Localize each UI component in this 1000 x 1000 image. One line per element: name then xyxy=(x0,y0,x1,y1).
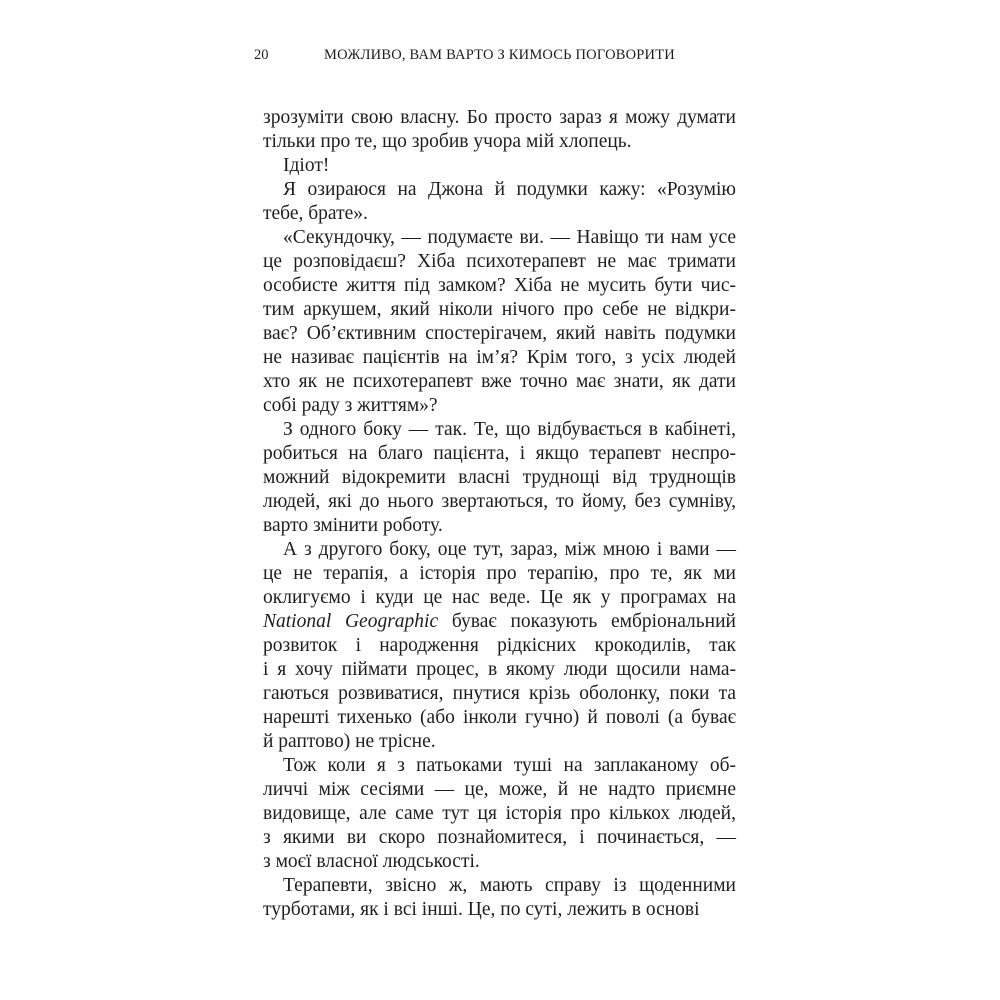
paragraph: «Секундочку, — подумаєте ви. — Навіщо ти… xyxy=(263,226,736,418)
page-number: 20 xyxy=(254,48,269,62)
text-line: з моєї власної людськості. xyxy=(263,850,736,874)
text-line: нарешті тихенько (або інколи гучно) й по… xyxy=(263,706,736,730)
page-body: зрозуміти свою власну. Бо просто зараз я… xyxy=(263,106,736,922)
text-line: личчі між сесіями — це, може, й не надто… xyxy=(263,778,736,802)
text-line: тільки про те, що зробив учора мій хлопе… xyxy=(263,130,736,154)
text-line: варто змінити роботу. xyxy=(263,514,736,538)
paragraph: Терапевти, звісно ж, мають справу із щод… xyxy=(263,874,736,922)
paragraph: Ідіот! xyxy=(263,154,736,178)
text-line: це не терапія, а історія про терапію, пр… xyxy=(263,562,736,586)
book-page: 20 МОЖЛИВО, ВАМ ВАРТО З КИМОСЬ ПОГОВОРИТ… xyxy=(0,0,1000,1000)
paragraph: А з другого боку, оце тут, зараз, між мн… xyxy=(263,538,736,754)
text-line: видовище, але саме тут ця історія про кі… xyxy=(263,802,736,826)
paragraph: Я озираюся на Джона й подумки кажу: «Роз… xyxy=(263,178,736,226)
text-line: Ідіот! xyxy=(263,154,736,178)
text-line: й раптово) не трісне. xyxy=(263,730,736,754)
text-line: А з другого боку, оце тут, зараз, між мн… xyxy=(263,538,736,562)
text-line: і я хочу піймати процес, в якому люди що… xyxy=(263,658,736,682)
text-line: Терапевти, звісно ж, мають справу із щод… xyxy=(263,874,736,898)
text-line: розвиток і народження рідкісних крокодил… xyxy=(263,634,736,658)
paragraph: З одного боку — так. Те, що відбувається… xyxy=(263,418,736,538)
text-line: гаються розвиватися, пнутися крізь оболо… xyxy=(263,682,736,706)
text-line: можний відокремити власні труднощі від т… xyxy=(263,466,736,490)
text-line: тебе, брате». xyxy=(263,202,736,226)
text-line: це розповідаєш? Хіба психотерапевт не ма… xyxy=(263,250,736,274)
text-line: турботами, як і всі інші. Це, по суті, л… xyxy=(263,898,736,922)
text-line: особисте життя під замком? Хіба не мусит… xyxy=(263,274,736,298)
text-line: «Секундочку, — подумаєте ви. — Навіщо ти… xyxy=(263,226,736,250)
text-line: хто як не психотерапевт вже точно має зн… xyxy=(263,370,736,394)
page-header: 20 МОЖЛИВО, ВАМ ВАРТО З КИМОСЬ ПОГОВОРИТ… xyxy=(263,48,736,64)
text-line: не називає пацієнтів на ім’я? Крім того,… xyxy=(263,346,736,370)
text-line: оклигуємо і куди це нас веде. Це як у пр… xyxy=(263,586,736,610)
text-line: Тож коли я з патьоками туші на заплакано… xyxy=(263,754,736,778)
text-line: National Geographic буває показують ембр… xyxy=(263,610,736,634)
text-line: Я озираюся на Джона й подумки кажу: «Роз… xyxy=(263,178,736,202)
text-line: людей, які до нього звертаються, то йому… xyxy=(263,490,736,514)
text-line: зрозуміти свою власну. Бо просто зараз я… xyxy=(263,106,736,130)
text-line: ває? Об’єктивним спостерігачем, який нав… xyxy=(263,322,736,346)
paragraph: Тож коли я з патьоками туші на заплакано… xyxy=(263,754,736,874)
text-line: тим аркушем, який ніколи нічого про себе… xyxy=(263,298,736,322)
text-line: собі раду з життям»? xyxy=(263,394,736,418)
text-line: робиться на благо пацієнта, і якщо терап… xyxy=(263,442,736,466)
text-line: З одного боку — так. Те, що відбувається… xyxy=(263,418,736,442)
text-line: з якими ви скоро познайомитеся, і почина… xyxy=(263,826,736,850)
paragraph: зрозуміти свою власну. Бо просто зараз я… xyxy=(263,106,736,154)
running-title: МОЖЛИВО, ВАМ ВАРТО З КИМОСЬ ПОГОВОРИТИ xyxy=(263,48,736,62)
